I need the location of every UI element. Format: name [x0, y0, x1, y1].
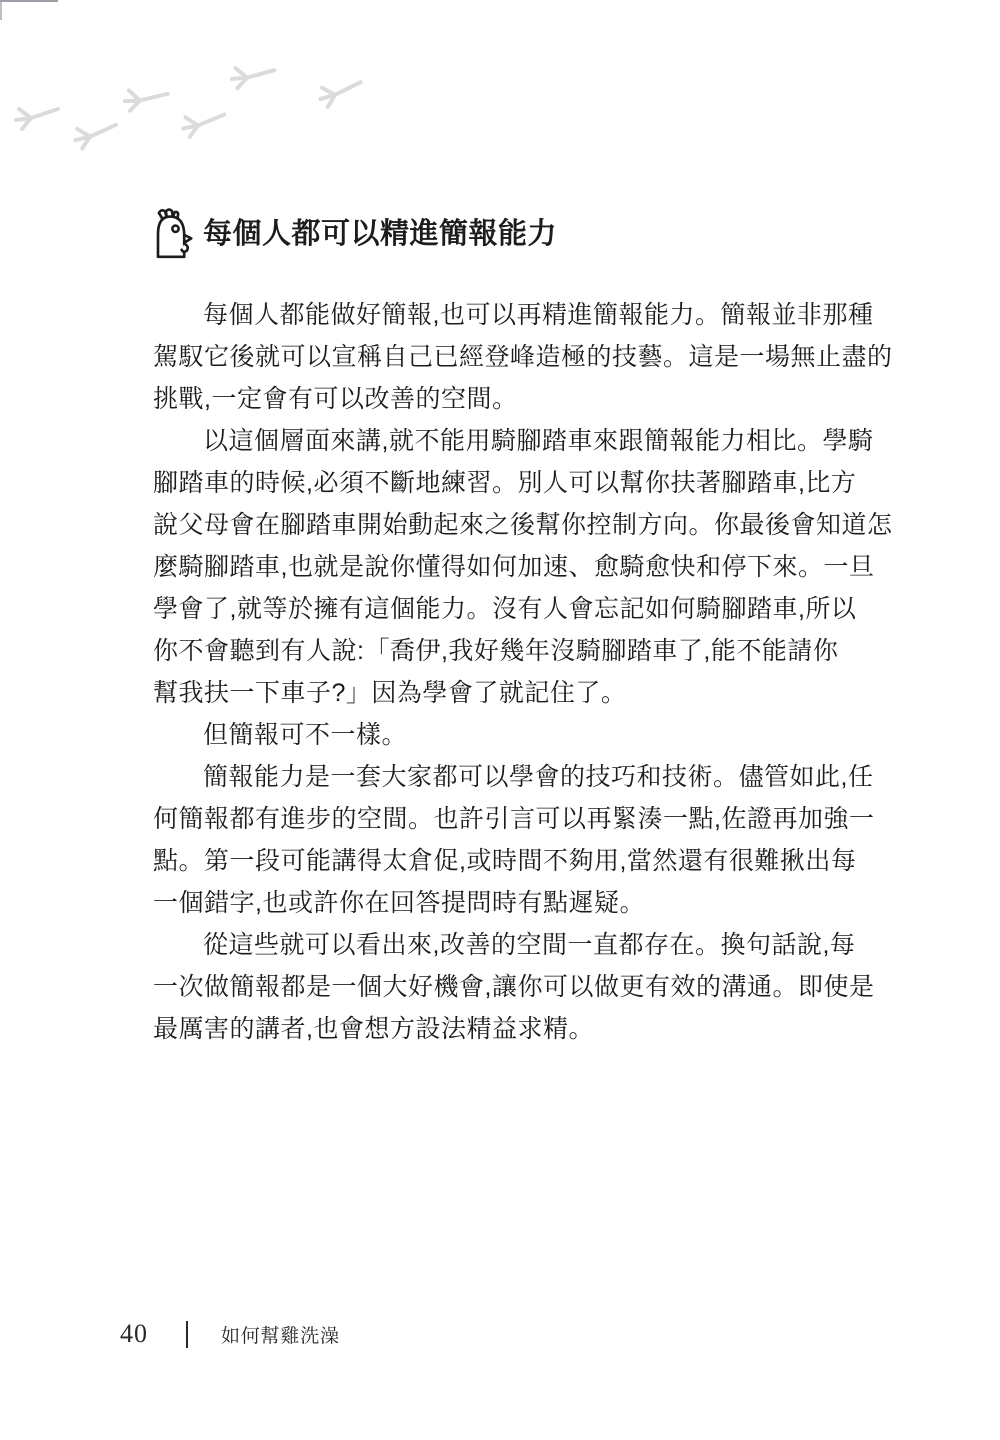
chicken-footprint-icon: [71, 117, 120, 156]
page-footer: 40 如何幫雞洗澡: [120, 1318, 340, 1350]
text-line: 你不會聽到有人說:「喬伊,我好幾年沒騎腳踏車了,能不能請你: [153, 630, 893, 672]
section-title: 每個人都可以精進簡報能力: [203, 207, 557, 261]
text-line: 學會了,就等於擁有這個能力。沒有人會忘記如何騎腳踏車,所以: [153, 588, 893, 630]
scan-corner-mark: [0, 2, 2, 20]
text-line: 說父母會在腳踏車開始動起來之後幫你控制方向。你最後會知道怎: [153, 504, 893, 546]
text-line: 何簡報都有進步的空間。也許引言可以再緊湊一點,佐證再加強一: [153, 798, 893, 840]
book-title: 如何幫雞洗澡: [221, 1321, 340, 1348]
text-line: 點。第一段可能講得太倉促,或時間不夠用,當然還有很難揪出每: [153, 840, 893, 882]
text-line: 但簡報可不一樣。: [153, 714, 893, 756]
text-line: 最厲害的講者,也會想方設法精益求精。: [153, 1008, 893, 1050]
chicken-footprint-icon: [229, 60, 277, 96]
text-line: 每個人都能做好簡報,也可以再精進簡報能力。簡報並非那種: [153, 294, 893, 336]
text-line: 從這些就可以看出來,改善的空間一直都存在。換句話說,每: [153, 924, 893, 966]
page-number: 40: [120, 1319, 148, 1349]
text-line: 簡報能力是一套大家都可以學會的技巧和技術。儘管如此,任: [153, 756, 893, 798]
chicken-footprint-icon: [14, 101, 60, 135]
text-line: 以這個層面來講,就不能用騎腳踏車來跟簡報能力相比。學騎: [153, 420, 893, 462]
scan-corner-mark: [0, 0, 58, 2]
text-line: 腳踏車的時候,必須不斷地練習。別人可以幫你扶著腳踏車,比方: [153, 462, 893, 504]
text-line: 一個錯字,也或許你在回答提問時有點遲疑。: [153, 882, 893, 924]
book-page: 每個人都可以精進簡報能力 每個人都能做好簡報,也可以再精進簡報能力。簡報並非那種…: [0, 0, 1000, 1440]
footer-divider: [186, 1321, 188, 1348]
chicken-footprint-icon: [122, 82, 171, 120]
text-line: 麼騎腳踏車,也就是說你懂得如何加速、愈騎愈快和停下來。一旦: [153, 546, 893, 588]
chicken-footprint-icon: [180, 106, 228, 143]
text-line: 一次做簡報都是一個大好機會,讓你可以做更有效的溝通。即使是: [153, 966, 893, 1008]
chicken-head-icon: [151, 206, 193, 262]
text-line: 幫我扶一下車子?」因為學會了就記住了。: [153, 672, 893, 714]
text-line: 駕馭它後就可以宣稱自己已經登峰造極的技藝。這是一場無止盡的: [153, 336, 893, 378]
body-text: 每個人都能做好簡報,也可以再精進簡報能力。簡報並非那種駕馭它後就可以宣稱自己已經…: [153, 294, 893, 1050]
text-line: 挑戰,一定會有可以改善的空間。: [153, 378, 893, 420]
chicken-footprint-icon: [316, 74, 366, 114]
section-heading: 每個人都可以精進簡報能力: [151, 206, 557, 262]
